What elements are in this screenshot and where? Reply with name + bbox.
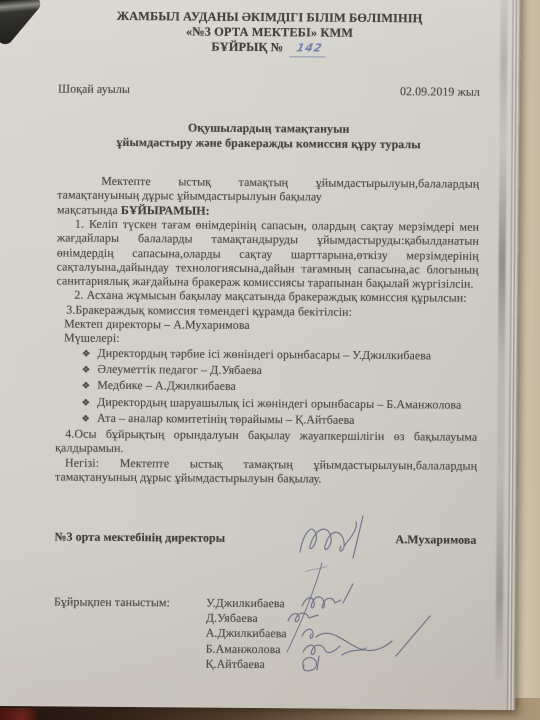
acknowledgement-names: У.Джилкибаева Д.Уябаева А.Джилкибаева Б.… — [205, 595, 287, 673]
place-label: Шоқай ауылы — [58, 81, 130, 96]
acknowledgement-block: Бұйрықпен таныстым: У.Джилкибаева Д.Уяба… — [53, 594, 476, 674]
basis-paragraph: Негізі: Мектепте ыстық тамақтың ұйымдаст… — [55, 455, 477, 487]
acknowledgement-label: Бұйрықпен таныстым: — [53, 594, 206, 672]
ack-name: Д.Уябаева — [206, 611, 287, 627]
ack-name: У.Джилкибаева — [206, 595, 287, 611]
member-name: Директордың шаруашылық ісі жөніндегі оры… — [97, 394, 461, 411]
diamond-bullet-icon: ❖ — [82, 365, 91, 376]
ack-name: А.Джилкибаева — [206, 626, 287, 642]
order-label: БҰЙРЫҚ № — [211, 40, 283, 55]
diamond-bullet-icon: ❖ — [82, 397, 91, 408]
order-number-line: БҰЙРЫҚ №142 — [58, 39, 480, 59]
document-header: ЖАМБЫЛ АУДАНЫ ӘКІМДІГІ БІЛІМ БӨЛІМІНІҢ «… — [58, 8, 480, 58]
director-role-label: №3 орта мектебінің директоры — [54, 530, 225, 546]
handwritten-order-number: 142 — [290, 41, 329, 57]
member-name: Ата – аналар комитетінің төрайымы – Қ.Ай… — [97, 411, 355, 427]
page-crease — [495, 0, 508, 710]
document-title: Оқушылардың тамақтануын ұйымдастыру және… — [58, 120, 480, 153]
resolve-word: БҰЙЫРАМЫН: — [121, 203, 210, 218]
intro-paragraph: Мектепте ыстық тамақтың ұйымдастырылуын,… — [57, 174, 479, 206]
ack-name: Қ.Айтбаева — [205, 657, 286, 673]
ack-name: Б.Аманжолова — [206, 641, 287, 657]
document-content: ЖАМБЫЛ АУДАНЫ ӘКІМДІГІ БІЛІМ БӨЛІМІНІҢ «… — [53, 8, 480, 674]
director-signature-row: №3 орта мектебінің директоры А.Мухаримов… — [54, 530, 476, 548]
director-name: А.Мухаримова — [395, 532, 476, 547]
member-name: Директордың тәрбие ісі жөніндегі орынбас… — [98, 345, 432, 362]
member-name: Әлеуметтік педагог – Д.Уябаева — [97, 362, 262, 377]
diamond-bullet-icon: ❖ — [82, 348, 91, 359]
order-item-4: 4.Осы бұйрықтың орындалуын бақылау жауап… — [55, 427, 477, 459]
photo-scene: ЖАМБЫЛ АУДАНЫ ӘКІМДІГІ БІЛІМ БӨЛІМІНІҢ «… — [0, 0, 540, 720]
diamond-bullet-icon: ❖ — [82, 381, 91, 392]
resolve-prefix: мақсатында — [57, 202, 118, 216]
diamond-bullet-icon: ❖ — [81, 413, 90, 424]
place-date-row: Шоқай ауылы 02.09.2019 жыл — [58, 81, 480, 99]
date-label: 02.09.2019 жыл — [400, 84, 480, 99]
member-name: Медбике – А.Джилкибаева — [97, 378, 236, 393]
document-page: ЖАМБЫЛ АУДАНЫ ӘКІМДІГІ БІЛІМ БӨЛІМІНІҢ «… — [0, 0, 521, 710]
title-line-2: ұйымдастыру және бракеражды комиссия құр… — [58, 135, 480, 153]
order-item-1: 1. Келіп түскен тағам өнімдерінің сапасы… — [56, 216, 479, 291]
red-object-corner — [0, 708, 38, 720]
